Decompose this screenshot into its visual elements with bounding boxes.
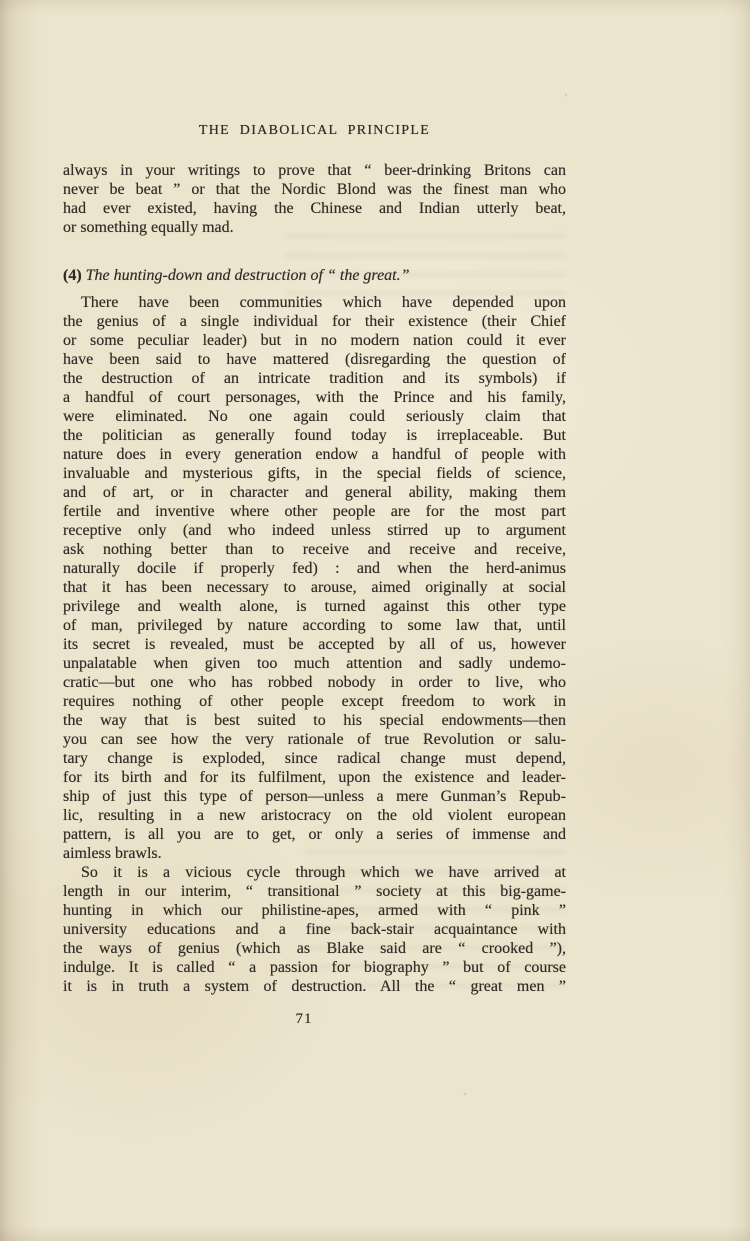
text-line: had ever existed, having the Chinese and… <box>63 199 566 218</box>
text-line: for its birth and for its fulfilment, up… <box>63 768 566 787</box>
text-line: were eliminated. No one again could seri… <box>63 407 566 426</box>
text-line: the destruction of an intricate traditio… <box>63 369 566 388</box>
paragraph: So it is a vicious cycle through which w… <box>63 863 566 996</box>
text-line: or some peculiar leader) but in no moder… <box>63 331 566 350</box>
text-line: nature does in every generation endow a … <box>63 445 566 464</box>
text-line: aimless brawls. <box>63 844 566 863</box>
text-line: indulge. It is called “ a passion for bi… <box>63 958 566 977</box>
text-line: the ways of genius (which as Blake said … <box>63 939 566 958</box>
text-line: or something equally mad. <box>63 218 566 237</box>
text-line: hunting in which our philistine-apes, ar… <box>63 901 566 920</box>
text-line: the way that is best suited to his speci… <box>63 711 566 730</box>
text-line: requires nothing of other people except … <box>63 692 566 711</box>
text-line: it is in truth a system of destruction. … <box>63 977 566 996</box>
text-line: length in our interim, “ transitional ” … <box>63 882 566 901</box>
text-line: have been said to have mattered (disrega… <box>63 350 566 369</box>
paragraph: always in your writings to prove that “ … <box>63 161 566 237</box>
running-header: THE DIABOLICAL PRINCIPLE <box>63 121 566 140</box>
text-line: ship of just this type of person—unless … <box>63 787 566 806</box>
text-line: and of art, or in character and general … <box>63 483 566 502</box>
section-title: The hunting-down and destruction of “ th… <box>86 267 410 284</box>
text-line: invaluable and mysterious gifts, in the … <box>63 464 566 483</box>
text-line: There have been communities which have d… <box>63 293 566 312</box>
page-number: 71 <box>254 1010 354 1029</box>
text-line: receptive only (and who indeed unless st… <box>63 521 566 540</box>
body-text: always in your writings to prove that “ … <box>63 161 566 996</box>
text-line: a handful of court personages, with the … <box>63 388 566 407</box>
text-line: you can see how the very rationale of tr… <box>63 730 566 749</box>
text-line: unpalatable when given too much attentio… <box>63 654 566 673</box>
text-line: fertile and inventive where other people… <box>63 502 566 521</box>
text-line: cratic—but one who has robbed nobody in … <box>63 673 566 692</box>
text-line: its secret is revealed, must be accepted… <box>63 635 566 654</box>
text-line: pattern, is all you are to get, or only … <box>63 825 566 844</box>
text-line: So it is a vicious cycle through which w… <box>63 863 566 882</box>
paragraph: There have been communities which have d… <box>63 293 566 863</box>
text-line: of man, privileged by nature according t… <box>63 616 566 635</box>
text-line: university educations and a fine back-st… <box>63 920 566 939</box>
text-line: privilege and wealth alone, is turned ag… <box>63 597 566 616</box>
book-page: THE DIABOLICAL PRINCIPLE always in your … <box>0 0 750 1241</box>
text-line: naturally docile if properly fed) : and … <box>63 559 566 578</box>
text-line: lic, resulting in a new aristocracy on t… <box>63 806 566 825</box>
section-number: (4) <box>63 267 86 284</box>
text-line: the genius of a single individual for th… <box>63 312 566 331</box>
text-line: never be beat ” or that the Nordic Blond… <box>63 180 566 199</box>
text-line: ask nothing better than to receive and r… <box>63 540 566 559</box>
text-line: that it has been necessary to arouse, ai… <box>63 578 566 597</box>
section-heading: (4) The hunting-down and destruction of … <box>63 266 566 285</box>
text-line: the politician as generally found today … <box>63 426 566 445</box>
text-line: tary change is exploded, since radical c… <box>63 749 566 768</box>
text-line: always in your writings to prove that “ … <box>63 161 566 180</box>
